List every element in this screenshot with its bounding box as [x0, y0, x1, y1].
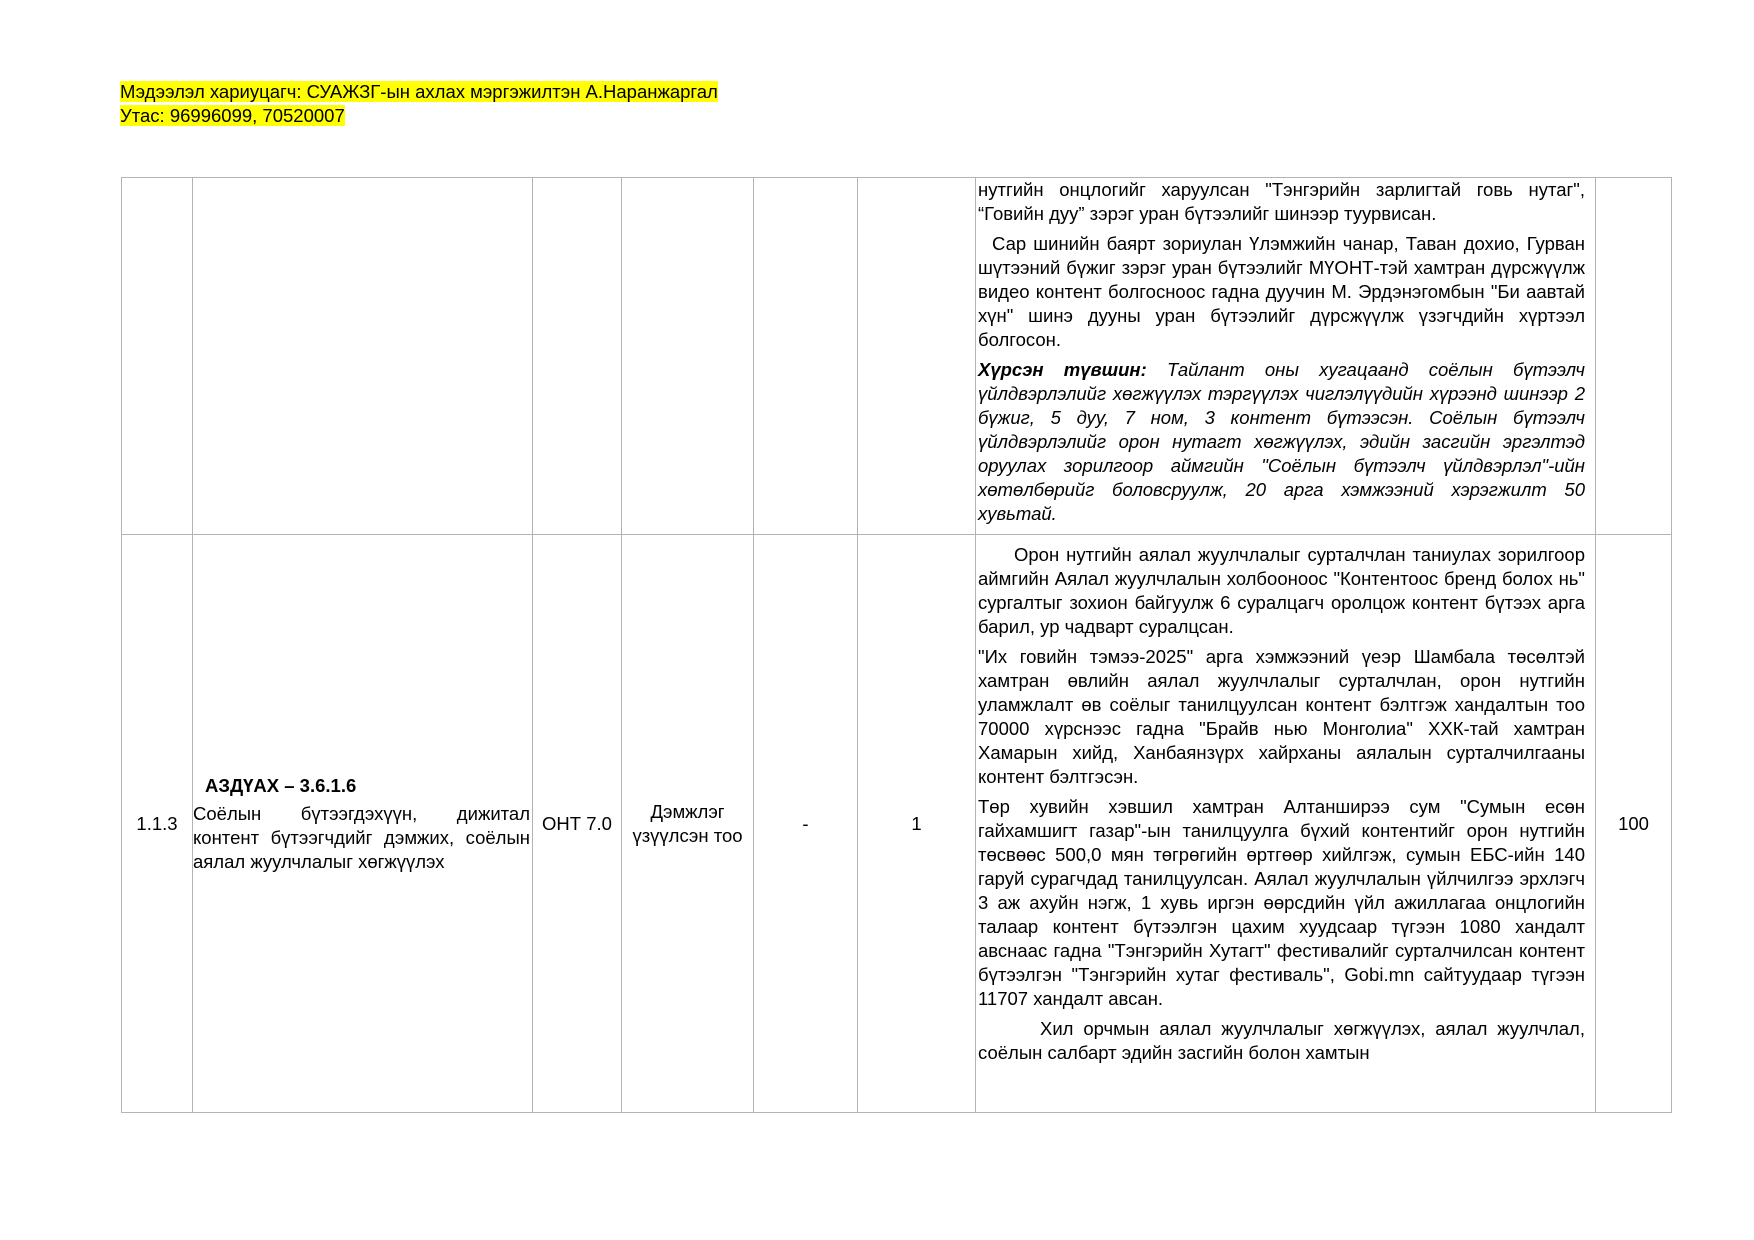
description-paragraph: Төр хувийн хэвшил хамтран Алтанширээ сум…: [978, 795, 1585, 1011]
cell-score: [1596, 178, 1672, 535]
achievement-label: Хүрсэн түвшин:: [978, 359, 1147, 380]
document-header: Мэдээлэл хариуцагч: СУАЖЗГ-ын ахлах мэрг…: [120, 80, 718, 128]
description-paragraph: Сар шинийн баярт зориулан Үлэмжийн чанар…: [978, 232, 1585, 352]
cell-description: нутгийн онцлогийг харуулсан "Тэнгэрийн з…: [976, 178, 1596, 535]
cell-baseline: -: [754, 535, 858, 1113]
task-text: Соёлын бүтээгдэхүүн, дижитал контент бүт…: [193, 802, 532, 874]
table-row: нутгийн онцлогийг харуулсан "Тэнгэрийн з…: [122, 178, 1672, 535]
cell-score: 100: [1596, 535, 1672, 1113]
description-paragraph: нутгийн онцлогийг харуулсан "Тэнгэрийн з…: [978, 178, 1585, 226]
description-paragraph: "Их говийн тэмээ-2025" арга хэмжээний үе…: [978, 645, 1585, 789]
cell-number: [122, 178, 193, 535]
cell-number: 1.1.3: [122, 535, 193, 1113]
cell-indicator: Дэмжлэг үзүүлсэн тоо: [622, 535, 754, 1113]
achievement-paragraph: Хүрсэн түвшин: Тайлант оны хугацаанд соё…: [978, 358, 1585, 526]
task-code: АЗДҮАХ – 3.6.1.6: [193, 774, 532, 798]
cell-baseline: [754, 178, 858, 535]
cell-description: Орон нутгийн аялал жуулчлалыг сурталчлан…: [976, 535, 1596, 1113]
report-table: нутгийн онцлогийг харуулсан "Тэнгэрийн з…: [121, 177, 1672, 1113]
description-paragraph: Орон нутгийн аялал жуулчлалыг сурталчлан…: [978, 543, 1585, 639]
description-paragraph: Хил орчмын аялал жуулчлалыг хөгжүүлэх, а…: [978, 1017, 1585, 1065]
cell-task: АЗДҮАХ – 3.6.1.6 Соёлын бүтээгдэхүүн, ди…: [193, 535, 533, 1113]
cell-indicator: [622, 178, 754, 535]
cell-reference: [533, 178, 622, 535]
responsible-person: Мэдээлэл хариуцагч: СУАЖЗГ-ын ахлах мэрг…: [120, 81, 718, 102]
contact-phone: Утас: 96996099, 70520007: [120, 105, 345, 126]
cell-target: 1: [858, 535, 976, 1113]
cell-target: [858, 178, 976, 535]
cell-task: [193, 178, 533, 535]
cell-reference: ОНТ 7.0: [533, 535, 622, 1113]
achievement-text: Тайлант оны хугацаанд соёлын бүтээлч үйл…: [978, 359, 1585, 524]
table-row: 1.1.3 АЗДҮАХ – 3.6.1.6 Соёлын бүтээгдэхү…: [122, 535, 1672, 1113]
